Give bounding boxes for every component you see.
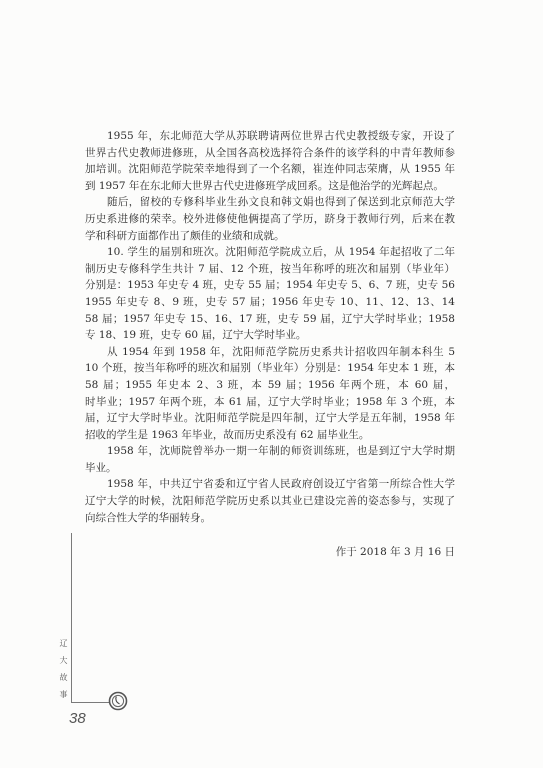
text-line: 10 个班，按当年称呼的班次和届别（毕业年）分别是：1954 年史本 1 班，本: [85, 360, 455, 377]
text-line: 招收的学生是 1963 年毕业，故而历史系没有 62 届毕业生。: [85, 427, 455, 444]
paragraph: 1955 年，东北师范大学从苏联聘请两位世界古代史教授级专家，开设了 世界古代史…: [85, 128, 455, 194]
series-side-label: 辽大故事: [58, 639, 68, 707]
body-text: 1955 年，东北师范大学从苏联聘请两位世界古代史教授级专家，开设了 世界古代史…: [85, 128, 455, 526]
text-line: 1958 年，中共辽宁省委和辽宁省人民政府创设辽宁省第一所综合性大学: [85, 476, 455, 493]
text-line: 到 1957 年在东北师大世界古代史进修班学成回系。这是他治学的光辉起点。: [85, 178, 455, 195]
text-line: 专 18、19 班，史专 60 届，辽宁大学时毕业。: [85, 327, 455, 344]
text-line: 分别是：1953 年史专 4 班，史专 55 届；1954 年史专 5、6、7 …: [85, 277, 455, 294]
text-line: 届，辽宁大学时毕业。沈阳师范学院是四年制，辽宁大学是五年制，1958 年: [85, 410, 455, 427]
paragraph: 从 1954 年到 1958 年，沈阳师范学院历史系共计招收四年制本科生 5 届…: [85, 344, 455, 444]
paragraph: 10. 学生的届别和班次。沈阳师范学院成立后，从 1954 年起招收了二年 制历…: [85, 244, 455, 344]
margin-rule-horizontal: [71, 702, 110, 703]
text-line: 1955 年，东北师范大学从苏联聘请两位世界古代史教授级专家，开设了: [85, 128, 455, 145]
book-page: 1955 年，东北师范大学从苏联聘请两位世界古代史教授级专家，开设了 世界古代史…: [0, 0, 543, 768]
circle-emblem-icon: [108, 691, 128, 711]
text-line: 辽宁大学的时候，沈阳师范学院历史系以其业已建设完善的姿态参与，实现了: [85, 493, 455, 510]
text-line: 毕业。: [85, 460, 455, 477]
text-line: 学和科研方面都作出了颇佳的业绩和成就。: [85, 228, 455, 245]
text-line: 1955 年史专 8、9 班，史专 57 届；1956 年史专 10、11、12…: [85, 294, 455, 311]
text-line: 随后，留校的专修科毕业生孙文良和韩文娟也得到了保送到北京师范大学: [85, 194, 455, 211]
text-line: 历史系进修的荣幸。校外进修使他俩提高了学历，跻身于教师行列，后来在教: [85, 211, 455, 228]
paragraph: 1958 年，沈师院曾举办一期一年制的师资训练班，也是到辽宁大学时期 毕业。: [85, 443, 455, 476]
text-line: 1958 年，沈师院曾举办一期一年制的师资训练班，也是到辽宁大学时期: [85, 443, 455, 460]
paragraph: 1958 年，中共辽宁省委和辽宁省人民政府创设辽宁省第一所综合性大学 辽宁大学的…: [85, 476, 455, 526]
text-line: 向综合性大学的华丽转身。: [85, 510, 455, 527]
text-line: 58 届；1957 年史专 15、16、17 班，史专 59 届，辽宁大学时毕业…: [85, 311, 455, 328]
margin-rule-vertical: [71, 533, 72, 703]
text-line: 制历史专修科学生共计 7 届、12 个班，按当年称呼的班次和届别（毕业年）: [85, 261, 455, 278]
text-line: 10. 学生的届别和班次。沈阳师范学院成立后，从 1954 年起招收了二年: [85, 244, 455, 261]
text-line: 世界古代史教师进修班，从全国各高校选择符合条件的该学科的中青年教师参: [85, 145, 455, 162]
signature-date: 作于 2018 年 3 月 16 日: [336, 544, 455, 560]
text-line: 从 1954 年到 1958 年，沈阳师范学院历史系共计招收四年制本科生 5 届…: [85, 344, 455, 361]
text-line: 加培训。沈阳师范学院荣幸地得到了一个名额，崔连仲同志荣膺，从 1955 年: [85, 161, 455, 178]
paragraph: 随后，留校的专修科毕业生孙文良和韩文娟也得到了保送到北京师范大学 历史系进修的荣…: [85, 194, 455, 244]
page-number: 38: [69, 710, 86, 727]
text-line: 时毕业；1957 年两个班，本 61 届，辽宁大学时毕业；1958 年 3 个班…: [85, 394, 455, 411]
text-line: 58 届；1955 年史本 2、3 班，本 59 届；1956 年两个班，本 6…: [85, 377, 455, 394]
